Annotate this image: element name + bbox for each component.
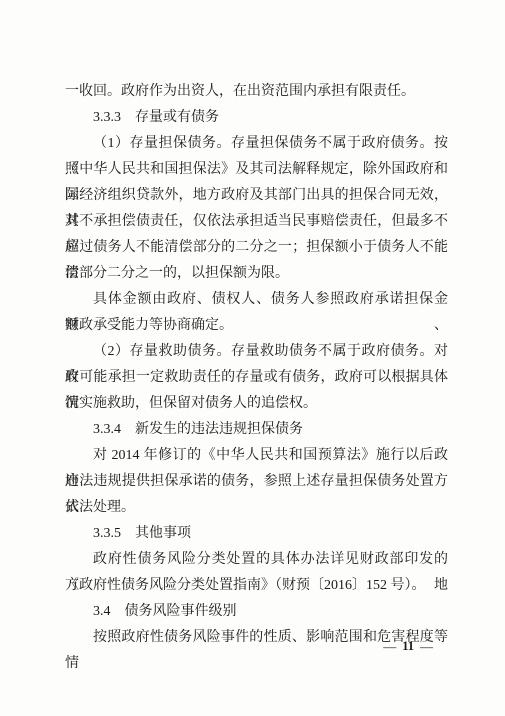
text-line: （1）存量担保债务。存量担保债务不属于政府债务。按照: [65, 131, 448, 157]
text-line: 《中华人民共和国担保法》及其司法解释规定，除外国政府和国: [65, 157, 448, 183]
text-block: 一收回。政府作为出资人，在出资范围内承担有限责任。3.3.3 存量或有债务（1）…: [65, 79, 448, 651]
document-page: 一收回。政府作为出资人，在出资范围内承担有限责任。3.3.3 存量或有债务（1）…: [0, 0, 505, 716]
text-line: 府可能承担一定救助责任的存量或有债务，政府可以根据具体情: [65, 365, 448, 391]
page-number-dash-left: —: [383, 639, 396, 654]
text-line: 偿部分二分之一的，以担保额为限。: [65, 261, 448, 287]
section-heading: 3.3.5 其他事项: [65, 521, 448, 547]
text-line: 其不承担偿债责任，仅依法承担适当民事赔偿责任，但最多不应: [65, 209, 448, 235]
text-line: 具体金额由政府、债权人、债务人参照政府承诺担保金额、: [65, 287, 448, 313]
section-heading: 3.3.3 存量或有债务: [65, 105, 448, 131]
text-line: 一收回。政府作为出资人，在出资范围内承担有限责任。: [65, 79, 448, 105]
text-line: 违法违规提供担保承诺的债务，参照上述存量担保债务处置方式: [65, 469, 448, 495]
page-number-value: 11: [402, 639, 414, 654]
page-number: — 11 —: [383, 639, 433, 654]
text-line: 超过债务人不能清偿部分的二分之一；担保额小于债务人不能清: [65, 235, 448, 261]
text-line: （2）存量救助债务。存量救助债务不属于政府债务。对政: [65, 339, 448, 365]
page-number-dash-right: —: [420, 639, 433, 654]
text-line: 况实施救助，但保留对债务人的追偿权。: [65, 391, 448, 417]
text-line: 依法处理。: [65, 495, 448, 521]
section-heading: 3.3.4 新发生的违法违规担保债务: [65, 417, 448, 443]
text-line: 政府性债务风险分类处置的具体办法详见财政部印发的《地: [65, 547, 448, 573]
section-heading: 3.4 债务风险事件级别: [65, 599, 448, 625]
text-line: 方政府性债务风险分类处置指南》（财预〔2016〕152 号）。: [65, 573, 448, 599]
text-line: 际经济组织贷款外，地方政府及其部门出具的担保合同无效，对: [65, 183, 448, 209]
text-line: 对 2014 年修订的《中华人民共和国预算法》施行以后政府: [65, 443, 448, 469]
